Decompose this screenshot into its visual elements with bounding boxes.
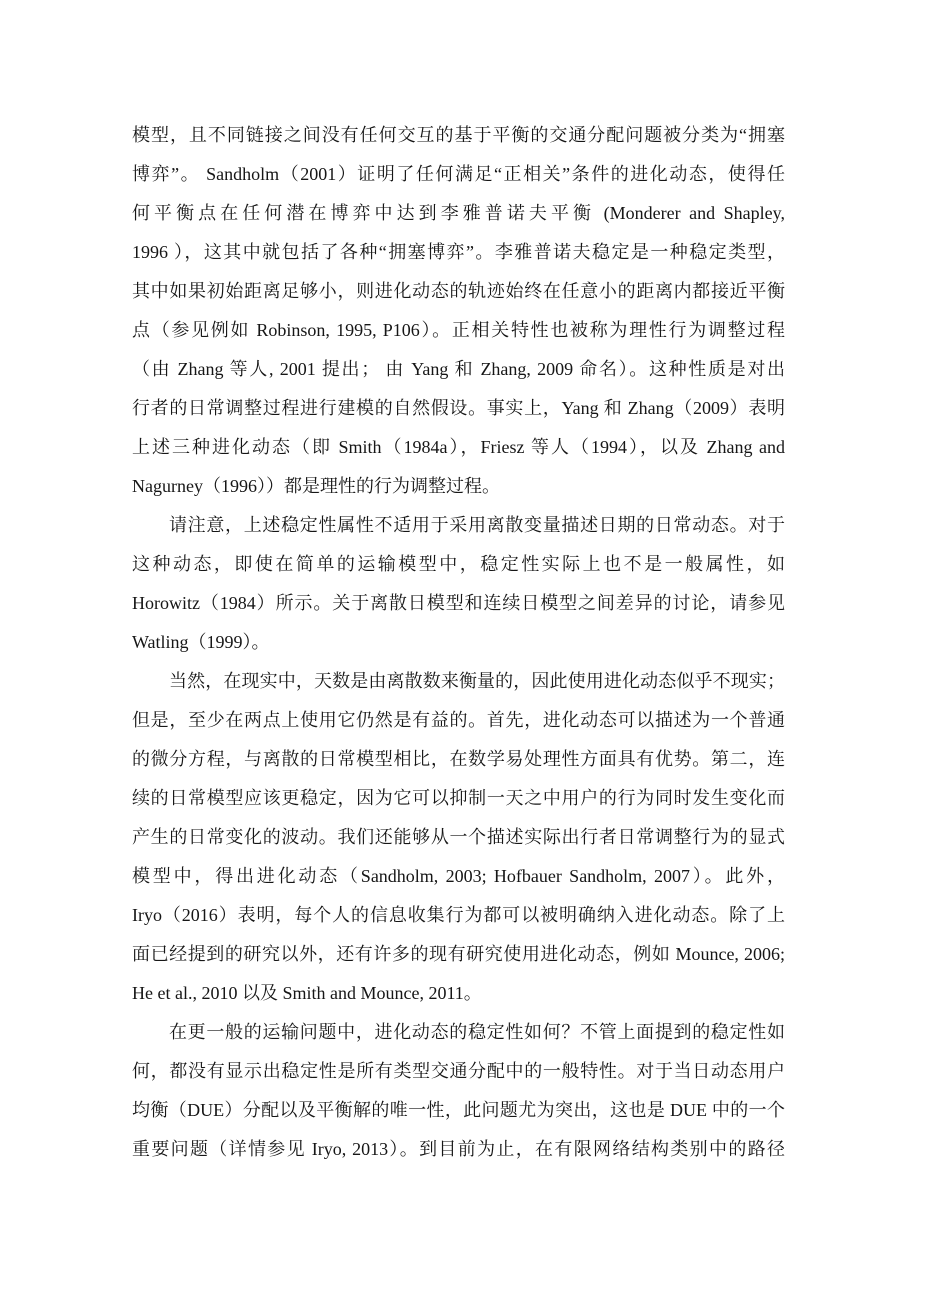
text-line: 1996 ），这其中就包括了各种“拥塞博弈”。李雅普诺夫稳定是一种稳定类型， — [132, 233, 785, 272]
text-line: 请注意，上述稳定性属性不适用于采用离散变量描述日期的日常动态。对于 — [132, 506, 785, 545]
text-line: 其中如果初始距离足够小，则进化动态的轨迹始终在任意小的距离内都接近平衡 — [132, 272, 785, 311]
text-line: 模型，且不同链接之间没有任何交互的基于平衡的交通分配问题被分类为“拥塞 — [132, 116, 785, 155]
text-line: 行者的日常调整过程进行建模的自然假设。事实上，Yang 和 Zhang（2009… — [132, 389, 785, 428]
text-block: 模型，且不同链接之间没有任何交互的基于平衡的交通分配问题被分类为“拥塞博弈”。 … — [132, 116, 785, 1169]
text-line: Nagurney（1996））都是理性的行为调整过程。 — [132, 467, 785, 506]
text-line: He et al., 2010 以及 Smith and Mounce, 201… — [132, 974, 785, 1013]
paragraph: 当然，在现实中，天数是由离散数来衡量的，因此使用进化动态似乎不现实；但是，至少在… — [132, 662, 785, 1013]
text-line: Iryo（2016）表明，每个人的信息收集行为都可以被明确纳入进化动态。除了上 — [132, 896, 785, 935]
text-line: Horowitz（1984）所示。关于离散日模型和连续日模型之间差异的讨论，请参… — [132, 584, 785, 623]
text-line: 但是，至少在两点上使用它仍然是有益的。首先，进化动态可以描述为一个普通 — [132, 701, 785, 740]
paragraph: 在更一般的运输问题中，进化动态的稳定性如何？不管上面提到的稳定性如何，都没有显示… — [132, 1013, 785, 1169]
text-line: 博弈”。 Sandholm（2001）证明了任何满足“正相关”条件的进化动态，使… — [132, 155, 785, 194]
text-line: 产生的日常变化的波动。我们还能够从一个描述实际出行者日常调整行为的显式 — [132, 818, 785, 857]
paragraph: 模型，且不同链接之间没有任何交互的基于平衡的交通分配问题被分类为“拥塞博弈”。 … — [132, 116, 785, 506]
text-line: 面已经提到的研究以外，还有许多的现有研究使用进化动态，例如 Mounce, 20… — [132, 935, 785, 974]
text-line: 上述三种进化动态（即 Smith（1984a），Friesz 等人（1994），… — [132, 428, 785, 467]
text-line: 这种动态，即使在简单的运输模型中，稳定性实际上也不是一般属性，如 — [132, 545, 785, 584]
text-line: Watling（1999）。 — [132, 623, 785, 662]
text-line: 当然，在现实中，天数是由离散数来衡量的，因此使用进化动态似乎不现实； — [132, 662, 785, 701]
text-line: 点（参见例如 Robinson, 1995, P106）。正相关特性也被称为理性… — [132, 311, 785, 350]
text-line: 均衡（DUE）分配以及平衡解的唯一性，此问题尤为突出，这也是 DUE 中的一个 — [132, 1091, 785, 1130]
text-line: 的微分方程，与离散的日常模型相比，在数学易处理性方面具有优势。第二，连 — [132, 740, 785, 779]
document-page: 模型，且不同链接之间没有任何交互的基于平衡的交通分配问题被分类为“拥塞博弈”。 … — [0, 0, 926, 1309]
text-line: 重要问题（详情参见 Iryo, 2013）。到目前为止，在有限网络结构类别中的路… — [132, 1130, 785, 1169]
text-line: 何，都没有显示出稳定性是所有类型交通分配中的一般特性。对于当日动态用户 — [132, 1052, 785, 1091]
text-line: 续的日常模型应该更稳定，因为它可以抑制一天之中用户的行为同时发生变化而 — [132, 779, 785, 818]
text-line: 在更一般的运输问题中，进化动态的稳定性如何？不管上面提到的稳定性如 — [132, 1013, 785, 1052]
text-line: 何平衡点在任何潜在博弈中达到李雅普诺夫平衡 (Monderer and Shap… — [132, 194, 785, 233]
text-line: 模型中，得出进化动态（Sandholm, 2003; Hofbauer Sand… — [132, 857, 785, 896]
paragraph: 请注意，上述稳定性属性不适用于采用离散变量描述日期的日常动态。对于这种动态，即使… — [132, 506, 785, 662]
text-line: （由 Zhang 等人, 2001 提出； 由 Yang 和 Zhang, 20… — [132, 350, 785, 389]
